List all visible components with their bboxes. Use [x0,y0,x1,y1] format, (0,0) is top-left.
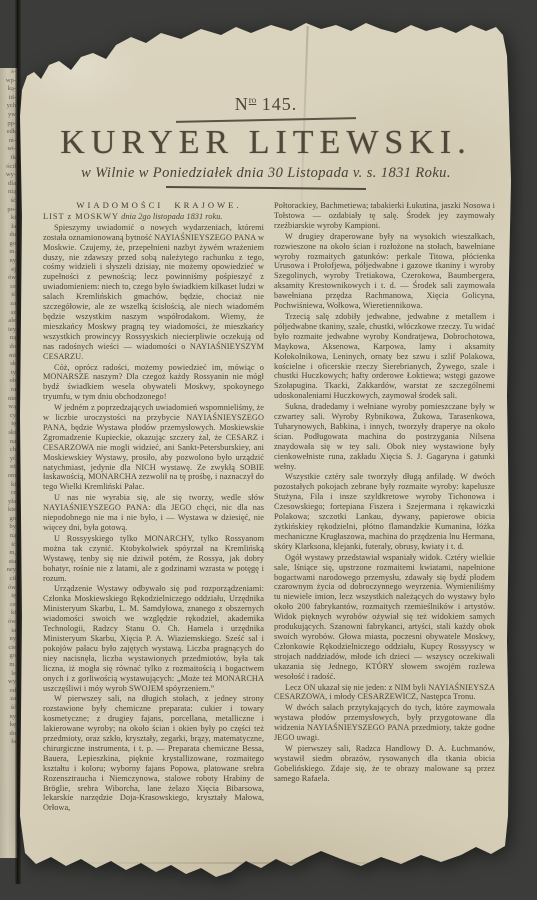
dateline: w Wilnie w Poniedziałek dnia 30 Listopad… [20,165,512,182]
paragraph: Sukna, dradedamy i wełniane wyroby pomie… [274,402,495,471]
scanned-newspaper-photo: { "palette":{ "background":"#3c3c3a", "p… [0,0,537,900]
section-heading: WIADOMOŚCI KRAJOWE. [43,201,264,211]
paragraph: W pierwszey sali, Radzca Handlowy D. A. … [274,744,495,784]
column-left: WIADOMOŚCI KRAJOWE. LIST z MOSKWY dnia 2… [43,201,264,829]
body-columns: WIADOMOŚCI KRAJOWE. LIST z MOSKWY dnia 2… [43,201,495,829]
letter-heading-date: dnia 2go listopada 1831 roku. [119,212,223,221]
paragraph: W pierwszey sali, na długich stołach, z … [43,694,264,813]
issue-number-value: 145. [256,94,297,114]
letter-heading: LIST z MOSKWY dnia 2go listopada 1831 ro… [43,212,264,222]
paragraph: Połtorackiey, Bachmetiewa; tabakierki Łu… [274,201,495,231]
masthead: Nro 145. KURYER LITEWSKI. w Wilnie w Pon… [20,94,512,189]
issue-number-prefix: N [235,94,249,114]
masthead-rule-top [176,117,356,122]
paragraph: W jedném z poprzedzających uwiadomień ws… [43,403,264,492]
paragraph: W drugiey draperowane były na wysokich w… [274,232,495,311]
masthead-rule-bottom [166,185,366,189]
column-right: Połtorackiey, Bachmetiewa; tabakierki Łu… [274,201,495,829]
issue-number: Nro 145. [20,94,512,115]
paragraph: U Rossyyskiego tylko MONARCHY, tylko Ros… [43,534,264,584]
newspaper-page: Nro 145. KURYER LITEWSKI. w Wilnie w Pon… [20,16,512,888]
paragraph: Lecz ON ukazał się nie jeden: z NIM byli… [274,683,495,703]
letter-heading-caps: LIST z MOSKWY [43,212,119,221]
paragraph: Spieszymy uwiadomić o nowych wydarzeniac… [43,223,264,362]
paragraph: W dwóch salach przytykających do tych, k… [274,703,495,743]
masthead-title: KURYER LITEWSKI. [20,124,512,162]
paragraph: Cóż, oprócz radości, możemy powiedzieć i… [43,363,264,403]
paragraph: Wszystkie cztéry sale tworzyły długą anf… [274,472,495,551]
paragraph: Ogół wystawy przedstawiał wspaniały wido… [274,553,495,682]
paper-crease-horizontal [50,862,470,864]
newspaper-sheet-wrapper: Nro 145. KURYER LITEWSKI. w Wilnie w Pon… [20,16,512,888]
paragraph: Trzecią salę zdobiły jedwabne, jedwabne … [274,312,495,401]
paragraph: U nas nie wyrabia się, ale się tworzy, w… [43,493,264,533]
paragraph: Urządzenie Wystawy odbywało się pod rozp… [43,584,264,693]
